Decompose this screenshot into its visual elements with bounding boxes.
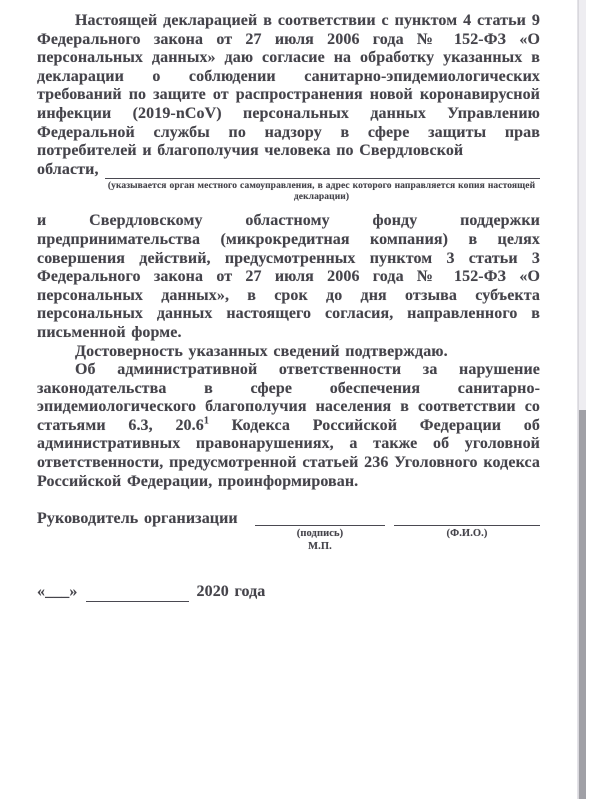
- paragraph-consent: Настоящей декларацией в соответствии с п…: [37, 12, 540, 161]
- paragraph-consent-tail: области,: [37, 161, 99, 180]
- signature-block: Руководитель организации (подпись) М.П. …: [37, 510, 540, 553]
- date-day-placeholder: «___»: [37, 583, 78, 602]
- document-content: Настоящей декларацией в соответствии с п…: [37, 12, 540, 602]
- scrollbar-track[interactable]: [578, 0, 586, 799]
- authority-blank-line: [105, 161, 540, 180]
- signature-role-label: Руководитель организации: [37, 510, 255, 529]
- authority-blank-caption: (указывается орган местного самоуправлен…: [37, 181, 540, 203]
- paragraph-consent-text: Настоящей декларацией в соответствии с п…: [37, 12, 540, 159]
- signature-caption: (подпись): [255, 528, 385, 541]
- fullname-line: [394, 512, 540, 526]
- date-line: «___» 2020 года: [37, 583, 540, 602]
- paragraph-confirmation: Достоверность указанных сведений подтвер…: [37, 343, 540, 362]
- date-month-blank-line: [86, 587, 189, 602]
- fullname-caption: (Ф.И.О.): [394, 528, 540, 541]
- paragraph-liability: Об административной ответственности за н…: [37, 361, 540, 491]
- scrollbar-thumb[interactable]: [579, 410, 586, 799]
- document-page: Настоящей декларацией в соответствии с п…: [0, 0, 578, 799]
- signature-column: (подпись) М.П.: [255, 510, 385, 553]
- document-viewer: Настоящей декларацией в соответствии с п…: [0, 0, 599, 799]
- fullname-column: (Ф.И.О.): [394, 510, 540, 541]
- paragraph-fund: и Свердловскому областному фонду поддерж…: [37, 212, 540, 342]
- authority-blank-row: области,: [37, 161, 540, 180]
- spacer: [37, 203, 540, 212]
- date-year-label: 2020 года: [197, 583, 266, 602]
- signature-line: [255, 512, 385, 526]
- seal-caption: М.П.: [255, 541, 385, 554]
